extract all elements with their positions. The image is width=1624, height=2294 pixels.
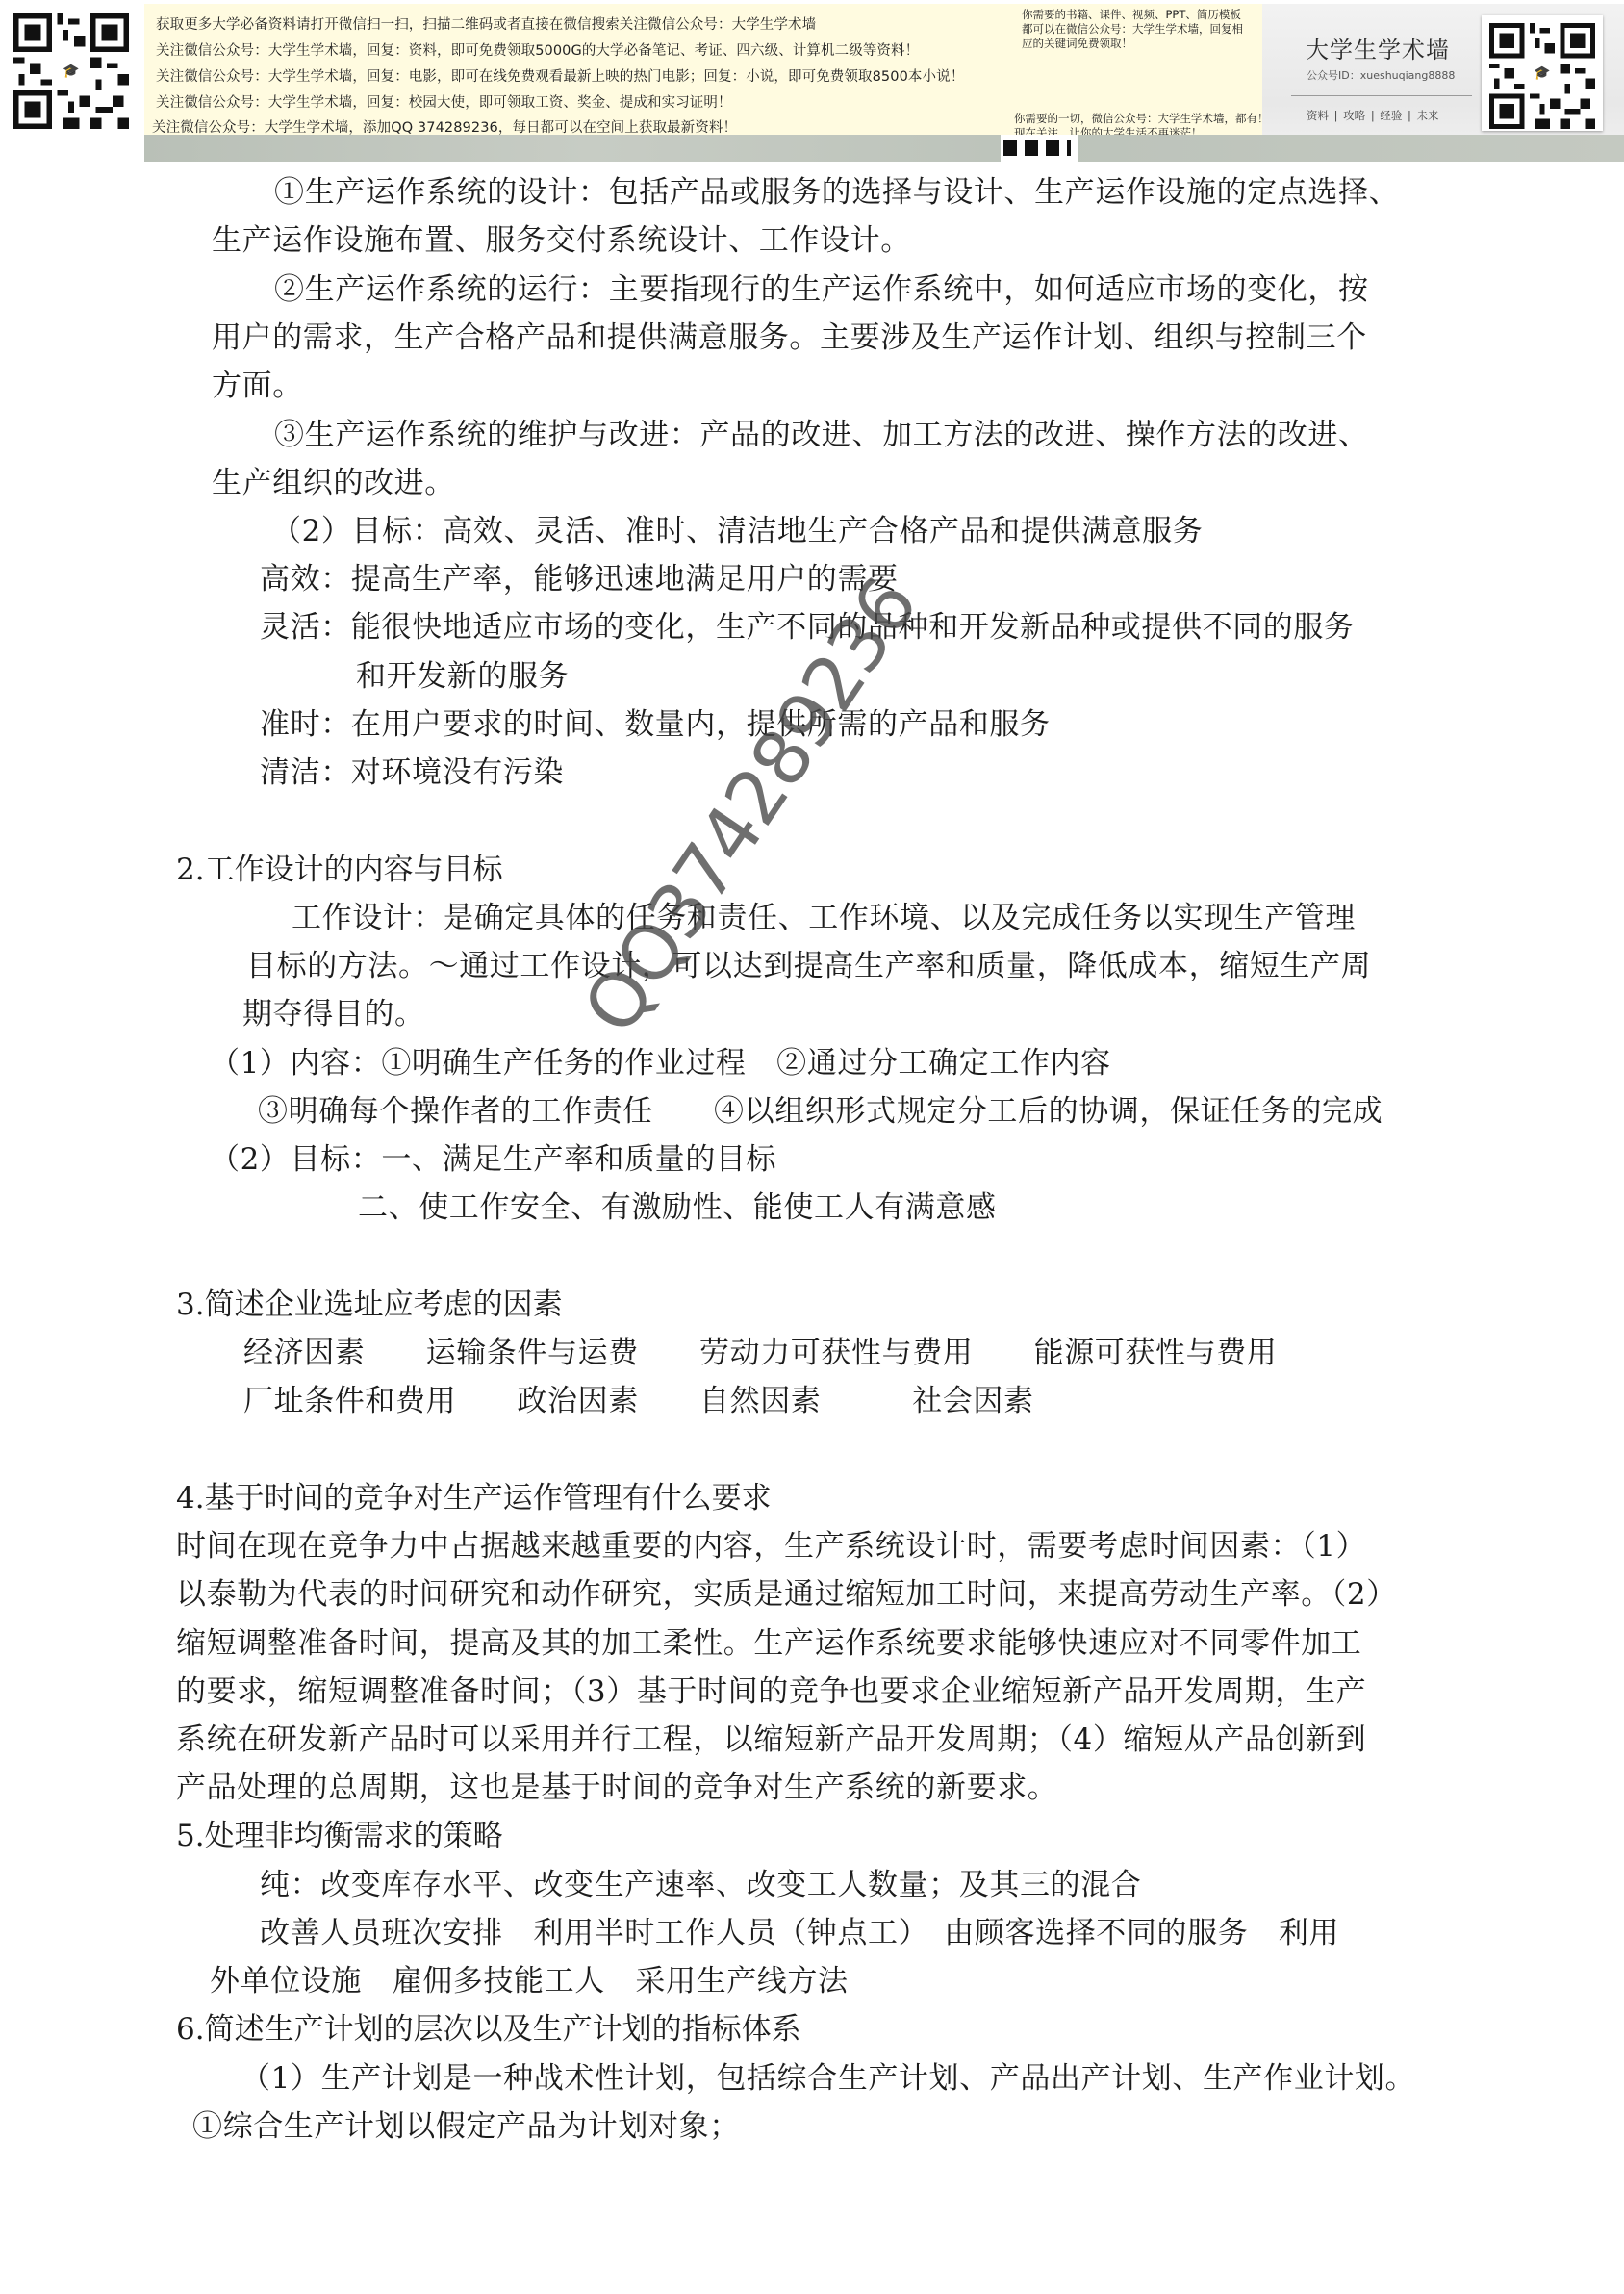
side-note-line: 你需要的书籍、课件、视频、PPT、简历模板 [1022,8,1241,22]
text-line: 生产运作设施布置、服务交付系统设计、工作设计。 [212,221,911,260]
divider [1291,95,1472,96]
section-heading: 5.处理非均衡需求的策略 [176,1817,503,1855]
text-line: 灵活：能很快地适应市场的变化，生产不同的品种和开发新品种或提供不同的服务 [260,608,1355,647]
text-line: 二、使工作安全、有激励性、能使工人有满意感 [358,1188,997,1227]
section-heading: 6.简述生产计划的层次以及生产计划的指标体系 [176,2010,801,2049]
promo-banner: 🎓 获取更多大学必备资料请打开微信扫一扫，扫描二维码或者直接在微信搜索关注微信公… [0,0,1624,146]
text-line: 方面。 [212,367,303,405]
section-heading: 4.基于时间的竞争对生产运作管理有什么要求 [176,1479,772,1517]
promo-line: 关注微信公众号：大学生学术墙，添加QQ 374289236，每日都可以在空间上获… [152,116,737,137]
text-line: 时间在现在竞争力中占据越来越重要的内容，生产系统设计时，需要考虑时间因素：（1） [176,1527,1366,1566]
qr-code-left: 🎓 [6,6,137,137]
side-note-line: 你需要的一切，微信公众号：大学生学术墙，都有！ [1014,112,1269,126]
text-line: 以泰勒为代表的时间研究和动作研究，实质是通过缩短加工时间，来提高劳动生产率。（2… [176,1575,1397,1614]
text-line: 目标的方法。～通过工作设计，可以达到提高生产率和质量，降低成本，缩短生产周 [246,947,1371,985]
text-line: （1）生产计划是一种战术性计划，包括综合生产计划、产品出产计划、生产作业计划。 [241,2059,1415,2098]
text-line: 纯：改变库存水平、改变生产速率、改变工人数量；及其三的混合 [260,1866,1141,1904]
text-line: 系统在研发新产品时可以采用并行工程，以缩短新产品开发周期；（4）缩短从产品创新到 [176,1720,1366,1759]
side-note-line: 都可以在微信公众号：大学生学术墙，回复相 [1022,22,1243,37]
text-line: （1）内容：①明确生产任务的作业过程 ②通过分工确定工作内容 [210,1044,1111,1083]
brand-account-id: 公众号ID：xueshuqiang8888 [1307,67,1455,83]
promo-text-box: 获取更多大学必备资料请打开微信扫一扫，扫描二维码或者直接在微信搜索关注微信公众号… [144,4,1010,135]
text-line: 准时：在用户要求的时间、数量内，提供所需的产品和服务 [260,705,1051,744]
text-line: ②生产运作系统的运行：主要指现行的生产运作系统中，如何适应市场的变化，按 [274,270,1369,309]
graduation-cap-icon: 🎓 [1529,63,1556,84]
text-line: 工作设计：是确定具体的任务和责任、工作环境、以及完成任务以实现生产管理 [292,899,1356,937]
text-line: ③明确每个操作者的工作责任 ④以组织形式规定分工后的协调，保证任务的完成 [258,1092,1383,1131]
qr-code-right: 🎓 [1482,15,1603,131]
text-line: 清洁：对环境没有污染 [260,753,564,792]
text-line: 外单位设施 雇佣多技能工人 采用生产线方法 [210,1962,849,2001]
graduation-cap-icon: 🎓 [58,61,85,82]
text-line: 高效：提高生产率，能够迅速地满足用户的需要 [260,560,899,599]
side-note-line: 应的关键词免费领取！ [1022,37,1132,51]
side-note-box: 你需要的书籍、课件、视频、PPT、简历模板 都可以在微信公众号：大学生学术墙，回… [1010,4,1262,139]
text-line: 缩短调整准备时间，提高及其的加工柔性。生产运作系统要求能够快速应对不同零件加工 [176,1624,1361,1663]
promo-line: 关注微信公众号：大学生学术墙，回复：校园大使，即可领取工资、奖金、提成和实习证明… [156,91,732,112]
text-line: 生产组织的改进。 [212,464,455,502]
decorative-strip [144,135,1624,162]
promo-line: 关注微信公众号：大学生学术墙，回复：资料，即可免费领取5000G的大学必备笔记、… [156,39,919,60]
text-line: 厂址条件和费用 政治因素 自然因素 社会因素 [243,1382,1034,1420]
text-line: 经济因素 运输条件与运费 劳动力可获性与费用 能源可获性与费用 [243,1334,1277,1372]
text-line: 产品处理的总周期，这也是基于时间的竞争对生产系统的新要求。 [176,1769,1057,1807]
text-line: 的要求，缩短调整准备时间；（3）基于时间的竞争也要求企业缩短新产品开发周期，生产 [176,1672,1366,1711]
promo-line: 获取更多大学必备资料请打开微信扫一扫，扫描二维码或者直接在微信搜索关注微信公众号… [156,13,816,34]
text-line: ①生产运作系统的设计：包括产品或服务的选择与设计、生产运作设施的定点选择、 [274,173,1399,212]
section-heading: 3.简述企业选址应考虑的因素 [176,1286,563,1324]
section-heading: 2.工作设计的内容与目标 [176,851,503,889]
text-line: （2）目标：高效、灵活、准时、清洁地生产合格产品和提供满意服务 [271,512,1203,550]
text-line: ①综合生产计划以假定产品为计划对象； [192,2107,740,2146]
brand-name: 大学生学术墙 [1306,31,1450,64]
cropped-title-fragment [1003,140,1071,156]
text-line: （2）目标：一、满足生产率和质量的目标 [210,1140,776,1179]
text-line: 用户的需求，生产合格产品和提供满意服务。主要涉及生产运作计划、组织与控制三个 [212,319,1367,357]
text-line: ③生产运作系统的维护与改进：产品的改进、加工方法的改进、操作方法的改进、 [274,416,1369,454]
text-line: 和开发新的服务 [356,657,569,696]
promo-line: 关注微信公众号：大学生学术墙，回复：电影，即可在线免费观看最新上映的热门电影；回… [156,65,964,86]
text-line: 期夺得目的。 [242,995,425,1033]
text-line: 改善人员班次安排 利用半时工作人员（钟点工） 由顾客选择不同的服务 利用 [260,1914,1339,1952]
brand-links: 资料 | 攻略 | 经验 | 未来 [1307,108,1439,123]
